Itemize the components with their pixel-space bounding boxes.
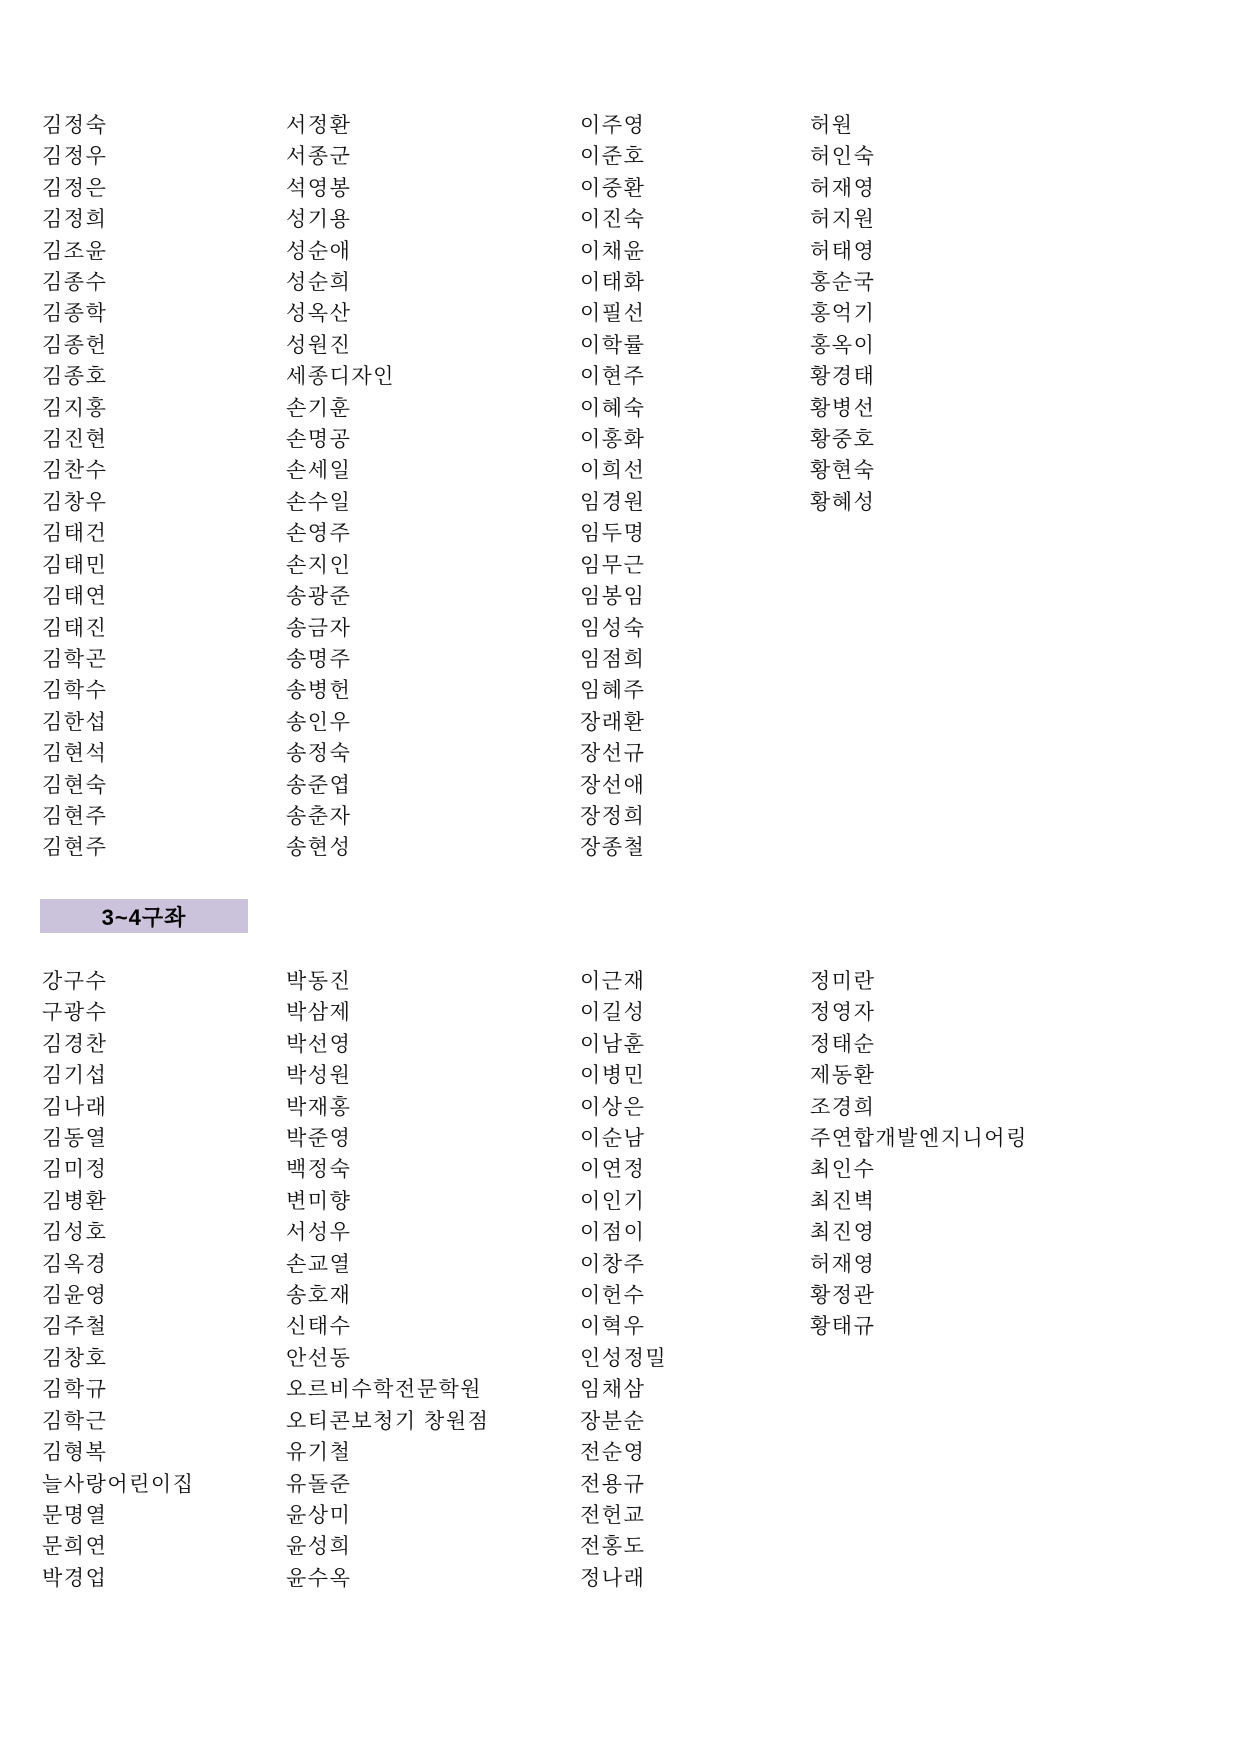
list-item: 이진숙 — [580, 204, 810, 235]
list-item: 성순애 — [286, 236, 580, 267]
list-item: 송춘자 — [286, 801, 580, 832]
lower-name-column-3: 이근재이길성이남훈이병민이상은이순남이연정이인기이점이이창주이헌수이혁우인성정밀… — [580, 966, 810, 1594]
list-item: 김찬수 — [42, 455, 286, 486]
list-item: 이남훈 — [580, 1029, 810, 1060]
list-item: 변미향 — [286, 1186, 580, 1217]
list-item: 안선동 — [286, 1343, 580, 1374]
list-item: 김기섭 — [42, 1060, 286, 1091]
list-item: 오르비수학전문학원 — [286, 1374, 580, 1405]
list-item: 김태연 — [42, 581, 286, 612]
list-item: 주연합개발엔지니어링 — [810, 1123, 1210, 1154]
list-item: 송현성 — [286, 832, 580, 863]
upper-name-list: 김정숙김정우김정은김정희김조윤김종수김종학김종헌김종호김지홍김진현김찬수김창우김… — [42, 110, 1210, 864]
list-item: 김진현 — [42, 424, 286, 455]
list-item: 이주영 — [580, 110, 810, 141]
list-item: 전순영 — [580, 1437, 810, 1468]
list-item: 김현숙 — [42, 770, 286, 801]
list-item: 이점이 — [580, 1217, 810, 1248]
list-item: 성기용 — [286, 204, 580, 235]
list-item: 박성원 — [286, 1060, 580, 1091]
list-item: 손명공 — [286, 424, 580, 455]
list-item: 문희연 — [42, 1531, 286, 1562]
list-item: 정영자 — [810, 997, 1210, 1028]
list-item: 허지원 — [810, 204, 1210, 235]
list-item: 이상은 — [580, 1092, 810, 1123]
list-item: 김태건 — [42, 518, 286, 549]
list-item: 황태규 — [810, 1311, 1210, 1342]
list-item: 세종디자인 — [286, 361, 580, 392]
lower-name-list: 강구수구광수김경찬김기섭김나래김동열김미정김병환김성호김옥경김윤영김주철김창호김… — [42, 966, 1210, 1594]
list-item: 신태수 — [286, 1311, 580, 1342]
list-item: 허인숙 — [810, 141, 1210, 172]
list-item: 장선애 — [580, 770, 810, 801]
list-item: 김동열 — [42, 1123, 286, 1154]
list-item: 김현석 — [42, 738, 286, 769]
list-item: 최진영 — [810, 1217, 1210, 1248]
upper-name-column-3: 이주영이준호이중환이진숙이채윤이태화이필선이학률이현주이혜숙이홍화이희선임경원임… — [580, 110, 810, 864]
list-item: 장분순 — [580, 1406, 810, 1437]
list-item: 임채삼 — [580, 1374, 810, 1405]
list-item: 송정숙 — [286, 738, 580, 769]
list-item: 유기철 — [286, 1437, 580, 1468]
list-item: 윤상미 — [286, 1500, 580, 1531]
list-item: 김학규 — [42, 1374, 286, 1405]
list-item: 손수일 — [286, 487, 580, 518]
list-item: 황현숙 — [810, 455, 1210, 486]
list-item: 박삼제 — [286, 997, 580, 1028]
section-header-label: 3~4구좌 — [102, 901, 187, 932]
list-item: 송광준 — [286, 581, 580, 612]
list-item: 김정숙 — [42, 110, 286, 141]
list-item: 김종헌 — [42, 330, 286, 361]
list-item: 이혜숙 — [580, 393, 810, 424]
list-item: 허재영 — [810, 1249, 1210, 1280]
list-item: 이혁우 — [580, 1311, 810, 1342]
list-item: 김지홍 — [42, 393, 286, 424]
list-item: 허태영 — [810, 236, 1210, 267]
list-item: 전용규 — [580, 1469, 810, 1500]
list-item: 김태민 — [42, 550, 286, 581]
list-item: 박동진 — [286, 966, 580, 997]
list-item: 조경희 — [810, 1092, 1210, 1123]
list-item: 임봉임 — [580, 581, 810, 612]
list-item: 백정숙 — [286, 1154, 580, 1185]
list-item: 이홍화 — [580, 424, 810, 455]
list-item: 이길성 — [580, 997, 810, 1028]
list-item: 허원 — [810, 110, 1210, 141]
list-item: 늘사랑어린이집 — [42, 1469, 286, 1500]
list-item: 윤성희 — [286, 1531, 580, 1562]
list-item: 박선영 — [286, 1029, 580, 1060]
list-item: 성순희 — [286, 267, 580, 298]
list-item: 서종군 — [286, 141, 580, 172]
list-item: 제동환 — [810, 1060, 1210, 1091]
list-item: 이연정 — [580, 1154, 810, 1185]
list-item: 이중환 — [580, 173, 810, 204]
list-item: 손교열 — [286, 1249, 580, 1280]
list-item: 허재영 — [810, 173, 1210, 204]
list-item: 송준엽 — [286, 770, 580, 801]
list-item: 김정우 — [42, 141, 286, 172]
list-item: 홍억기 — [810, 298, 1210, 329]
list-item: 김현주 — [42, 801, 286, 832]
list-item: 장래환 — [580, 707, 810, 738]
list-item: 이학률 — [580, 330, 810, 361]
list-item: 송금자 — [286, 613, 580, 644]
list-item: 김학곤 — [42, 644, 286, 675]
list-item: 이인기 — [580, 1186, 810, 1217]
list-item: 장선규 — [580, 738, 810, 769]
list-item: 임경원 — [580, 487, 810, 518]
list-item: 송인우 — [286, 707, 580, 738]
upper-name-column-4: 허원허인숙허재영허지원허태영홍순국홍억기홍옥이황경태황병선황중호황현숙황혜성 — [810, 110, 1210, 518]
list-item: 김종수 — [42, 267, 286, 298]
list-item: 김조윤 — [42, 236, 286, 267]
list-item: 정미란 — [810, 966, 1210, 997]
lower-name-column-2: 박동진박삼제박선영박성원박재홍박준영백정숙변미향서성우손교열송호재신태수안선동오… — [286, 966, 580, 1594]
list-item: 이준호 — [580, 141, 810, 172]
list-item: 장정희 — [580, 801, 810, 832]
list-item: 김병환 — [42, 1186, 286, 1217]
list-item: 김형복 — [42, 1437, 286, 1468]
list-item: 박재홍 — [286, 1092, 580, 1123]
list-item: 박준영 — [286, 1123, 580, 1154]
list-item: 황경태 — [810, 361, 1210, 392]
list-item: 김창우 — [42, 487, 286, 518]
list-item: 석영봉 — [286, 173, 580, 204]
upper-name-column-1: 김정숙김정우김정은김정희김조윤김종수김종학김종헌김종호김지홍김진현김찬수김창우김… — [42, 110, 286, 864]
list-item: 손영주 — [286, 518, 580, 549]
list-item: 임성숙 — [580, 613, 810, 644]
list-item: 최인수 — [810, 1154, 1210, 1185]
list-item: 최진벽 — [810, 1186, 1210, 1217]
list-item: 성원진 — [286, 330, 580, 361]
list-item: 황정관 — [810, 1280, 1210, 1311]
lower-name-column-1: 강구수구광수김경찬김기섭김나래김동열김미정김병환김성호김옥경김윤영김주철김창호김… — [42, 966, 286, 1594]
list-item: 홍순국 — [810, 267, 1210, 298]
list-item: 김태진 — [42, 613, 286, 644]
list-item: 인성정밀 — [580, 1343, 810, 1374]
list-item: 이순남 — [580, 1123, 810, 1154]
list-item: 임혜주 — [580, 675, 810, 706]
list-item: 이병민 — [580, 1060, 810, 1091]
list-item: 김창호 — [42, 1343, 286, 1374]
list-item: 임점희 — [580, 644, 810, 675]
list-item: 이필선 — [580, 298, 810, 329]
list-item: 황병선 — [810, 393, 1210, 424]
list-item: 임두명 — [580, 518, 810, 549]
list-item: 김나래 — [42, 1092, 286, 1123]
list-item: 임무근 — [580, 550, 810, 581]
list-item: 박경업 — [42, 1563, 286, 1594]
list-item: 김학근 — [42, 1406, 286, 1437]
list-item: 손세일 — [286, 455, 580, 486]
list-item: 김주철 — [42, 1311, 286, 1342]
list-item: 김정은 — [42, 173, 286, 204]
list-item: 윤수옥 — [286, 1563, 580, 1594]
list-item: 김학수 — [42, 675, 286, 706]
list-item: 서정환 — [286, 110, 580, 141]
list-item: 김종학 — [42, 298, 286, 329]
list-item: 황혜성 — [810, 487, 1210, 518]
list-item: 정태순 — [810, 1029, 1210, 1060]
list-item: 이창주 — [580, 1249, 810, 1280]
list-item: 이희선 — [580, 455, 810, 486]
list-item: 이헌수 — [580, 1280, 810, 1311]
list-item: 장종철 — [580, 832, 810, 863]
list-item: 송병헌 — [286, 675, 580, 706]
list-item: 김한섭 — [42, 707, 286, 738]
list-item: 송명주 — [286, 644, 580, 675]
list-item: 김윤영 — [42, 1280, 286, 1311]
list-item: 문명열 — [42, 1500, 286, 1531]
list-item: 김미정 — [42, 1154, 286, 1185]
list-item: 김옥경 — [42, 1249, 286, 1280]
list-item: 김성호 — [42, 1217, 286, 1248]
list-item: 손지인 — [286, 550, 580, 581]
list-item: 김현주 — [42, 832, 286, 863]
list-item: 강구수 — [42, 966, 286, 997]
list-item: 황중호 — [810, 424, 1210, 455]
list-item: 홍옥이 — [810, 330, 1210, 361]
document-page: 김정숙김정우김정은김정희김조윤김종수김종학김종헌김종호김지홍김진현김찬수김창우김… — [0, 0, 1240, 1754]
list-item: 이태화 — [580, 267, 810, 298]
list-item: 김경찬 — [42, 1029, 286, 1060]
list-item: 서성우 — [286, 1217, 580, 1248]
list-item: 오티콘보청기 창원점 — [286, 1406, 580, 1437]
list-item: 구광수 — [42, 997, 286, 1028]
list-item: 유돌준 — [286, 1469, 580, 1500]
list-item: 김정희 — [42, 204, 286, 235]
list-item: 이현주 — [580, 361, 810, 392]
section-header-band: 3~4구좌 — [40, 899, 248, 933]
list-item: 송호재 — [286, 1280, 580, 1311]
list-item: 손기훈 — [286, 393, 580, 424]
list-item: 전홍도 — [580, 1531, 810, 1562]
list-item: 정나래 — [580, 1563, 810, 1594]
lower-name-column-4: 정미란정영자정태순제동환조경희주연합개발엔지니어링최인수최진벽최진영허재영황정관… — [810, 966, 1210, 1343]
list-item: 이근재 — [580, 966, 810, 997]
list-item: 이채윤 — [580, 236, 810, 267]
list-item: 성옥산 — [286, 298, 580, 329]
list-item: 전헌교 — [580, 1500, 810, 1531]
list-item: 김종호 — [42, 361, 286, 392]
upper-name-column-2: 서정환서종군석영봉성기용성순애성순희성옥산성원진세종디자인손기훈손명공손세일손수… — [286, 110, 580, 864]
